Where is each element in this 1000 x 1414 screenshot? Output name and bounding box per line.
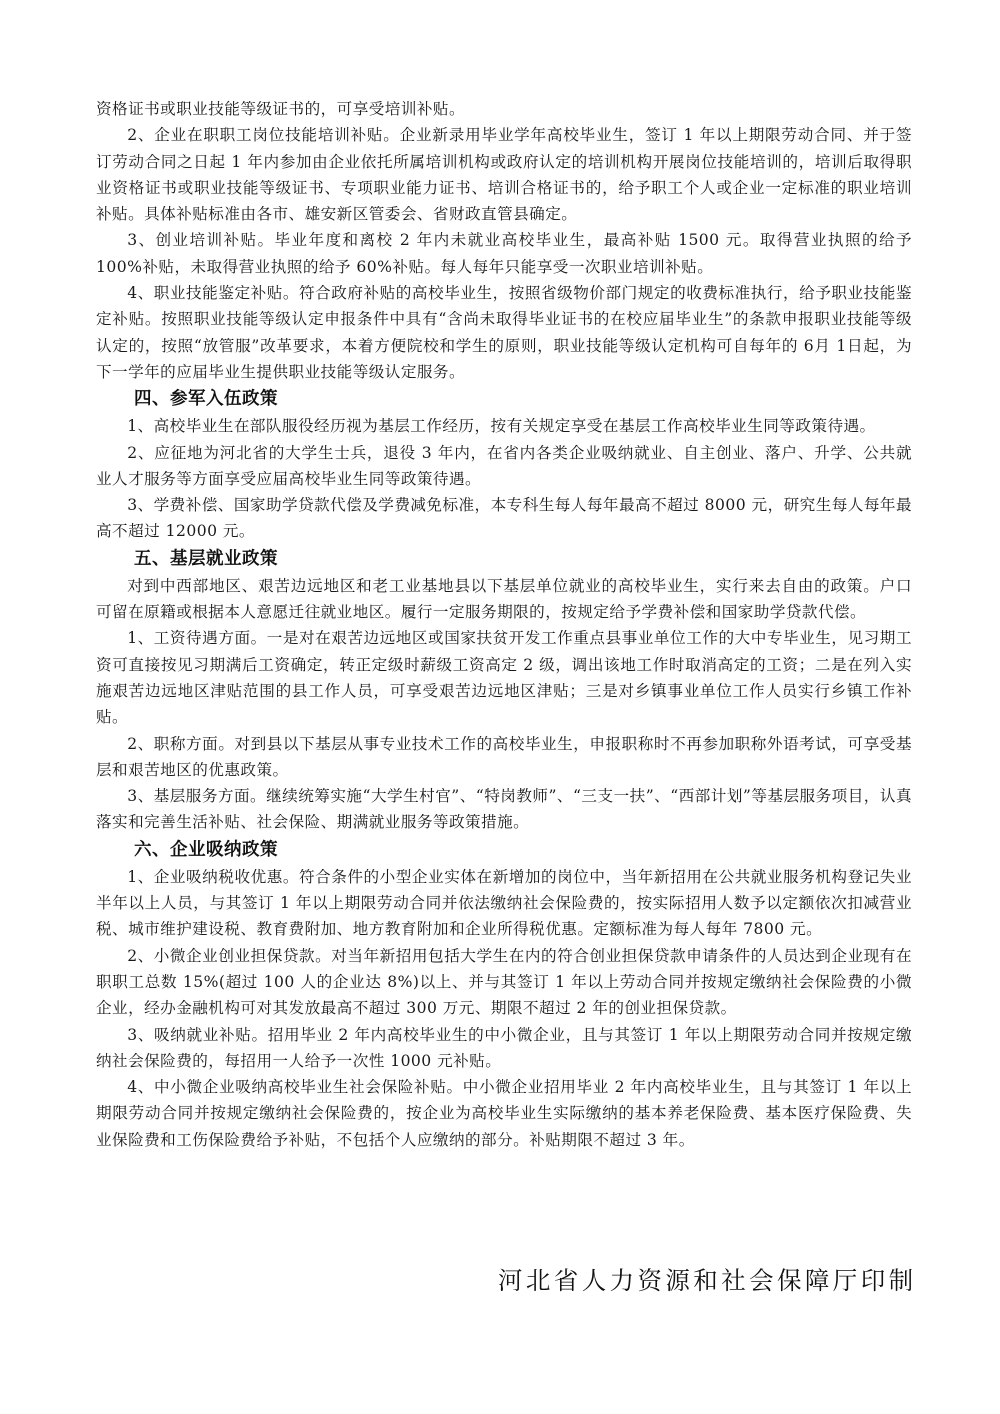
enterprise-policy-item-3: 3、吸纳就业补贴。招用毕业 2 年内高校毕业生的中小微企业，且与其签订 1 年以… xyxy=(96,1022,912,1075)
enterprise-policy-item-4: 4、中小微企业吸纳高校毕业生社会保险补贴。中小微企业招用毕业 2 年内高校毕业生… xyxy=(96,1074,912,1153)
training-subsidy-item-4: 4、职业技能鉴定补贴。符合政府补贴的高校毕业生，按照省级物价部门规定的收费标准执… xyxy=(96,280,912,385)
enterprise-policy-item-1: 1、企业吸纳税收优惠。符合条件的小型企业实体在新增加的岗位中，当年新招用在公共就… xyxy=(96,864,912,943)
continuation-paragraph: 资格证书或职业技能等级证书的，可享受培训补贴。 xyxy=(96,96,912,122)
grassroots-policy-item-2: 2、职称方面。对到县以下基层从事专业技术工作的高校毕业生，申报职称时不再参加职称… xyxy=(96,731,912,784)
issuer-signature: 河北省人力资源和社会保障厅印制 xyxy=(498,1262,908,1297)
military-policy-item-1: 1、高校毕业生在部队服役经历视为基层工作经历，按有关规定享受在基层工作高校毕业生… xyxy=(96,413,912,439)
document-page: 资格证书或职业技能等级证书的，可享受培训补贴。 2、企业在职职工岗位技能培训补贴… xyxy=(96,96,912,1153)
training-subsidy-item-2: 2、企业在职职工岗位技能培训补贴。企业新录用毕业学年高校毕业生，签订 1 年以上… xyxy=(96,122,912,227)
grassroots-policy-item-1: 1、工资待遇方面。一是对在艰苦边远地区或国家扶贫开发工作重点县事业单位工作的大中… xyxy=(96,625,912,730)
training-subsidy-item-3: 3、创业培训补贴。毕业年度和离校 2 年内未就业高校毕业生，最高补贴 1500 … xyxy=(96,227,912,280)
grassroots-policy-intro: 对到中西部地区、艰苦边远地区和老工业基地县以下基层单位就业的高校毕业生，实行来去… xyxy=(96,573,912,626)
section-heading-enterprise: 六、企业吸纳政策 xyxy=(96,836,912,864)
section-heading-military: 四、参军入伍政策 xyxy=(96,385,912,413)
section-heading-grassroots: 五、基层就业政策 xyxy=(96,545,912,573)
grassroots-policy-item-3: 3、基层服务方面。继续统筹实施“大学生村官”、“特岗教师”、“三支一扶”、“西部… xyxy=(96,783,912,836)
enterprise-policy-item-2: 2、小微企业创业担保贷款。对当年新招用包括大学生在内的符合创业担保贷款申请条件的… xyxy=(96,943,912,1022)
military-policy-item-2: 2、应征地为河北省的大学生士兵，退役 3 年内，在省内各类企业吸纳就业、自主创业… xyxy=(96,440,912,493)
military-policy-item-3: 3、学费补偿、国家助学贷款代偿及学费减免标准，本专科生每人每年最高不超过 800… xyxy=(96,492,912,545)
